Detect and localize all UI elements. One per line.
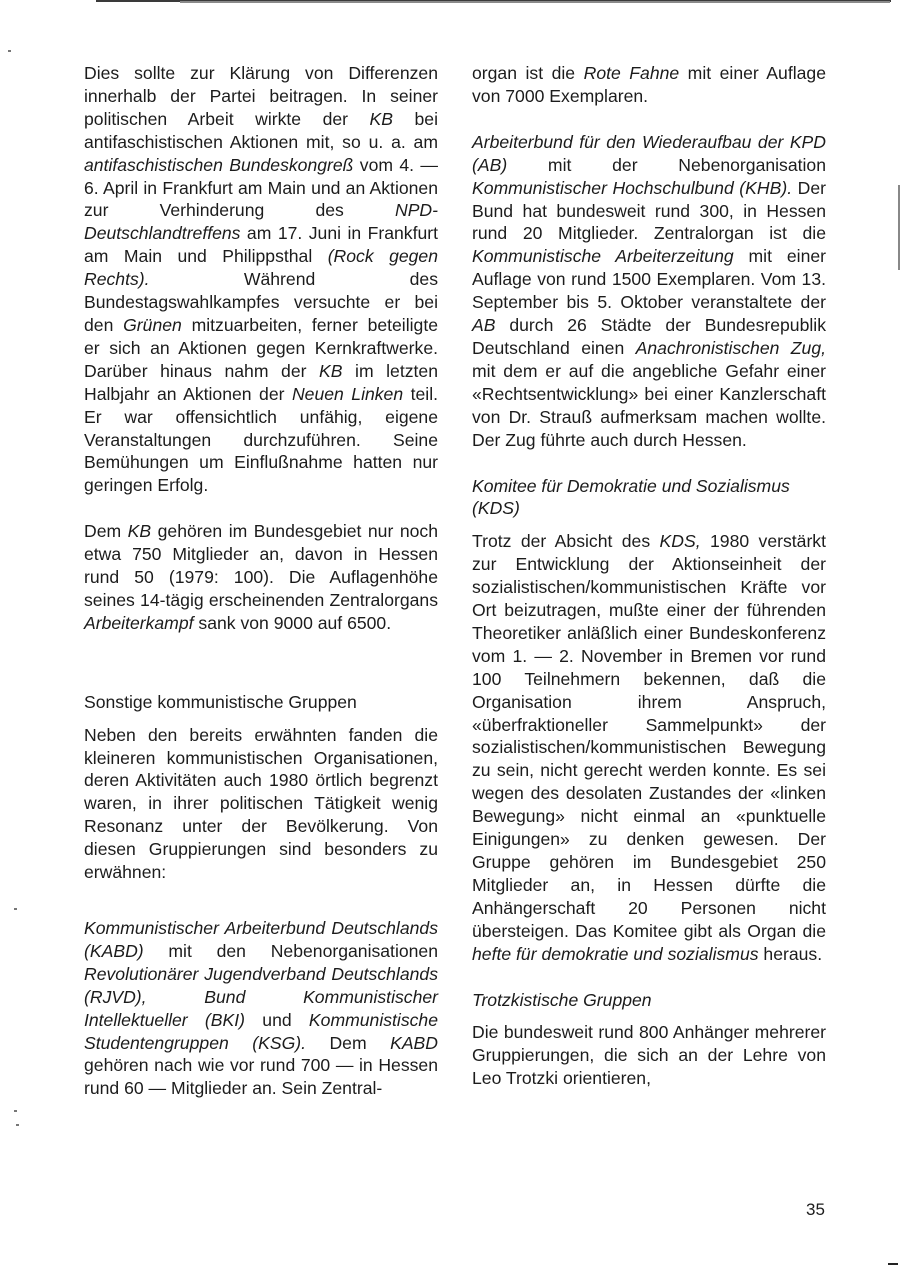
paragraph-kds: Trotz der Absicht des KDS, 1980 verstärk…: [472, 530, 826, 965]
italic-term: KABD: [390, 1033, 438, 1053]
paragraph-trotzkisten: Die bundesweit rund 800 Anhänger mehrere…: [472, 1021, 826, 1090]
top-rule-shadow: [180, 1, 890, 3]
page-number: 35: [806, 1200, 825, 1220]
italic-term: antifaschistischen Bundeskongreß: [84, 155, 353, 175]
section-heading-kds: Komitee für Demokratie und Sozialismus (…: [472, 475, 826, 521]
right-column: organ ist die Rote Fahne mit einer Aufla…: [472, 62, 826, 1090]
italic-term: Kommunistischer Arbeiterbund Deutschland…: [84, 918, 438, 961]
paragraph-kabd-organ: organ ist die Rote Fahne mit einer Aufla…: [472, 62, 826, 108]
section-heading-sonstige-gruppen: Sonstige kommunistische Gruppen: [84, 691, 438, 714]
paragraph-sonstige-intro: Neben den bereits erwähnten fanden die k…: [84, 724, 438, 884]
italic-term: NPD-Deutschlandtreffens: [84, 200, 438, 243]
scan-artifact: [8, 50, 11, 52]
italic-term: AB: [472, 315, 495, 335]
scan-artifact: [14, 908, 17, 910]
italic-term: (Rock gegen Rechts).: [84, 246, 438, 289]
italic-term: KDS,: [660, 531, 701, 551]
italic-term: KB: [370, 109, 393, 129]
italic-term: Arbeiterbund für den Wiederaufbau der KP…: [472, 132, 826, 175]
paragraph-kabd: Kommunistischer Arbeiterbund Deutschland…: [84, 917, 438, 1100]
left-column: Dies sollte zur Klärung von Differenzen …: [84, 62, 438, 1100]
paragraph-kb-activities: Dies sollte zur Klärung von Differenzen …: [84, 62, 438, 497]
italic-term: hefte für demokratie und sozialismus: [472, 944, 759, 964]
paragraph-kb-membership: Dem KB gehören im Bundesgebiet nur noch …: [84, 520, 438, 635]
section-heading-trotzkisten: Trotzkistische Gruppen: [472, 989, 826, 1012]
italic-term: KB: [128, 521, 151, 541]
italic-term: Grünen: [123, 315, 182, 335]
italic-term: Arbeiterkampf: [84, 613, 194, 633]
scan-artifact: [16, 1124, 19, 1126]
italic-term: Anachronistischen Zug,: [636, 338, 826, 358]
bottom-edge-mark: [888, 1263, 898, 1265]
italic-term: Kommunistische Arbeiterzeitung: [472, 246, 734, 266]
italic-term: Kommunistischer Hochschulbund (KHB).: [472, 178, 792, 198]
italic-term: KB: [319, 361, 342, 381]
italic-term: Rote Fahne: [584, 63, 680, 83]
paragraph-ab: Arbeiterbund für den Wiederaufbau der KP…: [472, 131, 826, 452]
scan-artifact: [14, 1110, 17, 1112]
italic-term: Neuen Linken: [292, 384, 403, 404]
